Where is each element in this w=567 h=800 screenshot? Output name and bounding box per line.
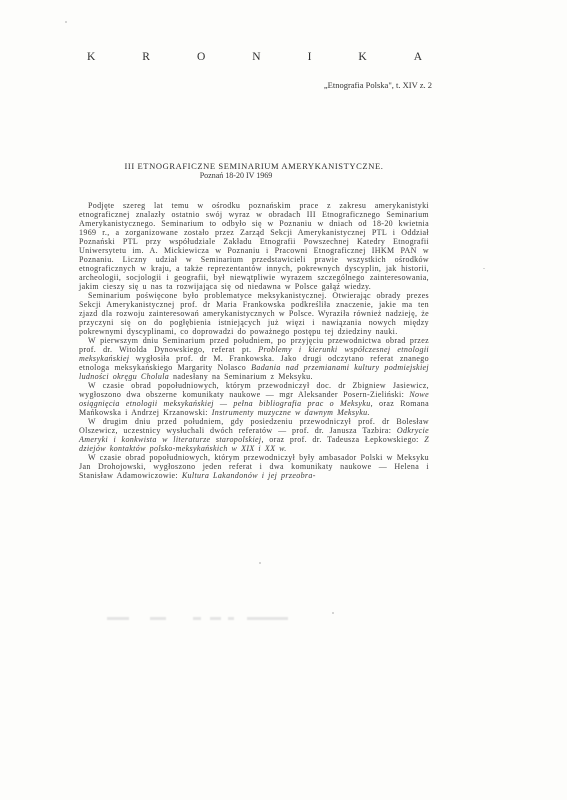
body-text: nadesłany na Seminarium z Meksyku. bbox=[169, 372, 313, 381]
referat-title-italic: Kultura Lakandonów i jej przeobra- bbox=[182, 471, 316, 480]
body-text: Seminarium poświęcone było problematyce … bbox=[79, 291, 429, 336]
body-text: Podjęte szereg lat temu w ośrodku poznań… bbox=[79, 201, 429, 291]
article-title: III ETNOGRAFICZNE SEMINARIUM AMERYKANIST… bbox=[0, 161, 508, 171]
scan-speck bbox=[483, 268, 485, 269]
paragraph: W pierwszym dniu Seminarium przed połudn… bbox=[79, 336, 429, 381]
scan-speck bbox=[332, 612, 334, 614]
scan-speck bbox=[259, 562, 261, 564]
scan-bleedthrough-smudge bbox=[107, 616, 297, 621]
journal-reference: „Etnografia Polska", t. XIV z. 2 bbox=[324, 80, 432, 90]
body-text: W czasie obrad popołudniowych, którym pr… bbox=[79, 381, 429, 399]
article-body: Podjęte szereg lat temu w ośrodku poznań… bbox=[79, 201, 429, 480]
scanned-document-page: KRONIKA „Etnografia Polska", t. XIV z. 2… bbox=[0, 0, 567, 800]
paragraph: Podjęte szereg lat temu w ośrodku poznań… bbox=[79, 201, 429, 291]
paragraph: W czasie obrad popołudniowych, którym pr… bbox=[79, 381, 429, 417]
body-text: , oraz prof. dr. Tadeusza Łepkowskiego: bbox=[262, 435, 425, 444]
paragraph: W drugim dniu przed południem, gdy posie… bbox=[79, 417, 429, 453]
body-text: W drugim dniu przed południem, gdy posie… bbox=[79, 417, 429, 435]
scan-speck bbox=[65, 21, 67, 23]
paragraph: W czasie obrad popołudniowych, którym pr… bbox=[79, 453, 429, 480]
paragraph: Seminarium poświęcone było problematyce … bbox=[79, 291, 429, 336]
referat-title-italic: Instrumenty muzyczne w dawnym Meksyku. bbox=[212, 408, 370, 417]
chronicle-section-title: KRONIKA bbox=[87, 51, 469, 63]
article-subtitle: Poznań 18-20 IV 1969 bbox=[0, 171, 472, 181]
